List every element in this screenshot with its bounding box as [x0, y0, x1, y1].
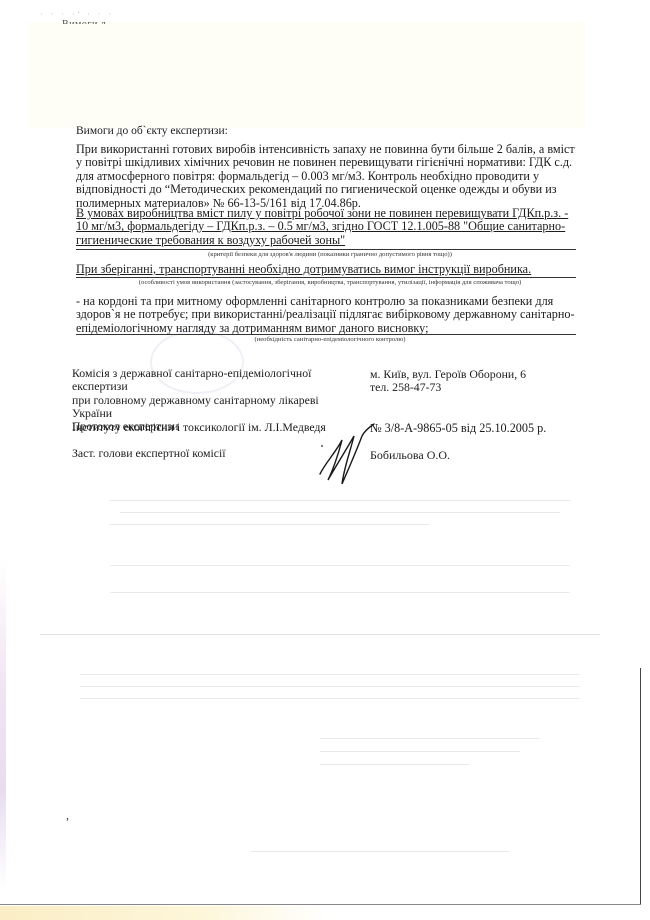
show-through-line	[320, 764, 470, 765]
commission-line: при головному державному санітарному лік…	[72, 394, 352, 421]
show-through-line	[80, 686, 580, 687]
production-requirements-text: В умовах виробництва вміст пилу у повітр…	[76, 206, 568, 247]
show-through-line	[40, 634, 600, 635]
show-through-line	[110, 592, 570, 593]
odor-requirements-paragraph: При використанні готових виробів інтенси…	[76, 143, 576, 210]
scan-mark: ,	[66, 808, 69, 823]
storage-paragraph: При зберіганні, транспортуванні необхідн…	[76, 263, 576, 276]
production-requirements-paragraph: В умовах виробництва вміст пилу у повітр…	[76, 207, 576, 247]
deputy-chair-name: Бобильова О.О.	[370, 449, 450, 462]
protocol-number: № 3/8-А-9865-05 від 25.10.2005 р.	[370, 422, 546, 435]
usage-conditions-caption: (особливості умов використання (застосув…	[60, 279, 600, 286]
scan-edge-strip	[0, 906, 330, 920]
show-through-line	[250, 851, 510, 852]
safety-criteria-caption: (критерії безпеки для здоров'я людини (п…	[60, 251, 600, 258]
scan-edge-tint	[0, 560, 6, 890]
signature-icon	[318, 422, 378, 488]
show-through-line	[110, 524, 430, 525]
commission-line: Комісія з державної санітарно-епідеміоло…	[72, 367, 352, 394]
deputy-chair-label: Заст. голови експертної комісії	[72, 447, 226, 460]
storage-text: При зберіганні, транспортуванні необхідн…	[76, 262, 531, 276]
phone-line: тел. 258-47-73	[370, 381, 590, 394]
show-through-line	[80, 698, 580, 699]
show-through-line	[110, 500, 570, 501]
show-through-line	[320, 738, 540, 739]
divider-line	[76, 277, 576, 278]
show-through-line	[110, 565, 570, 566]
divider-line	[76, 334, 576, 335]
sanitary-control-text: - на кордоні та при митному оформленні с…	[76, 294, 575, 335]
page-edge-bottom	[0, 904, 641, 905]
section-heading: Вимоги до об`єкту експертизи:	[76, 125, 228, 138]
sanitary-control-caption: (необхідність санітарно-епідеміологічног…	[60, 336, 600, 343]
sanitary-control-paragraph: - на кордоні та при митному оформленні с…	[76, 295, 576, 335]
protocol-label: Протокол експертизи	[72, 420, 178, 433]
divider-line	[76, 249, 576, 250]
scan-highlight-area	[28, 22, 585, 128]
address-line: м. Київ, вул. Героїв Оборони, 6	[370, 368, 590, 381]
show-through-line	[120, 512, 560, 513]
cut-off-header-text: Вимоги д	[62, 18, 106, 24]
commission-address: м. Київ, вул. Героїв Оборони, 6 тел. 258…	[370, 368, 590, 395]
show-through-line	[80, 674, 580, 675]
show-through-line	[320, 751, 520, 752]
page-edge-right	[640, 668, 641, 904]
